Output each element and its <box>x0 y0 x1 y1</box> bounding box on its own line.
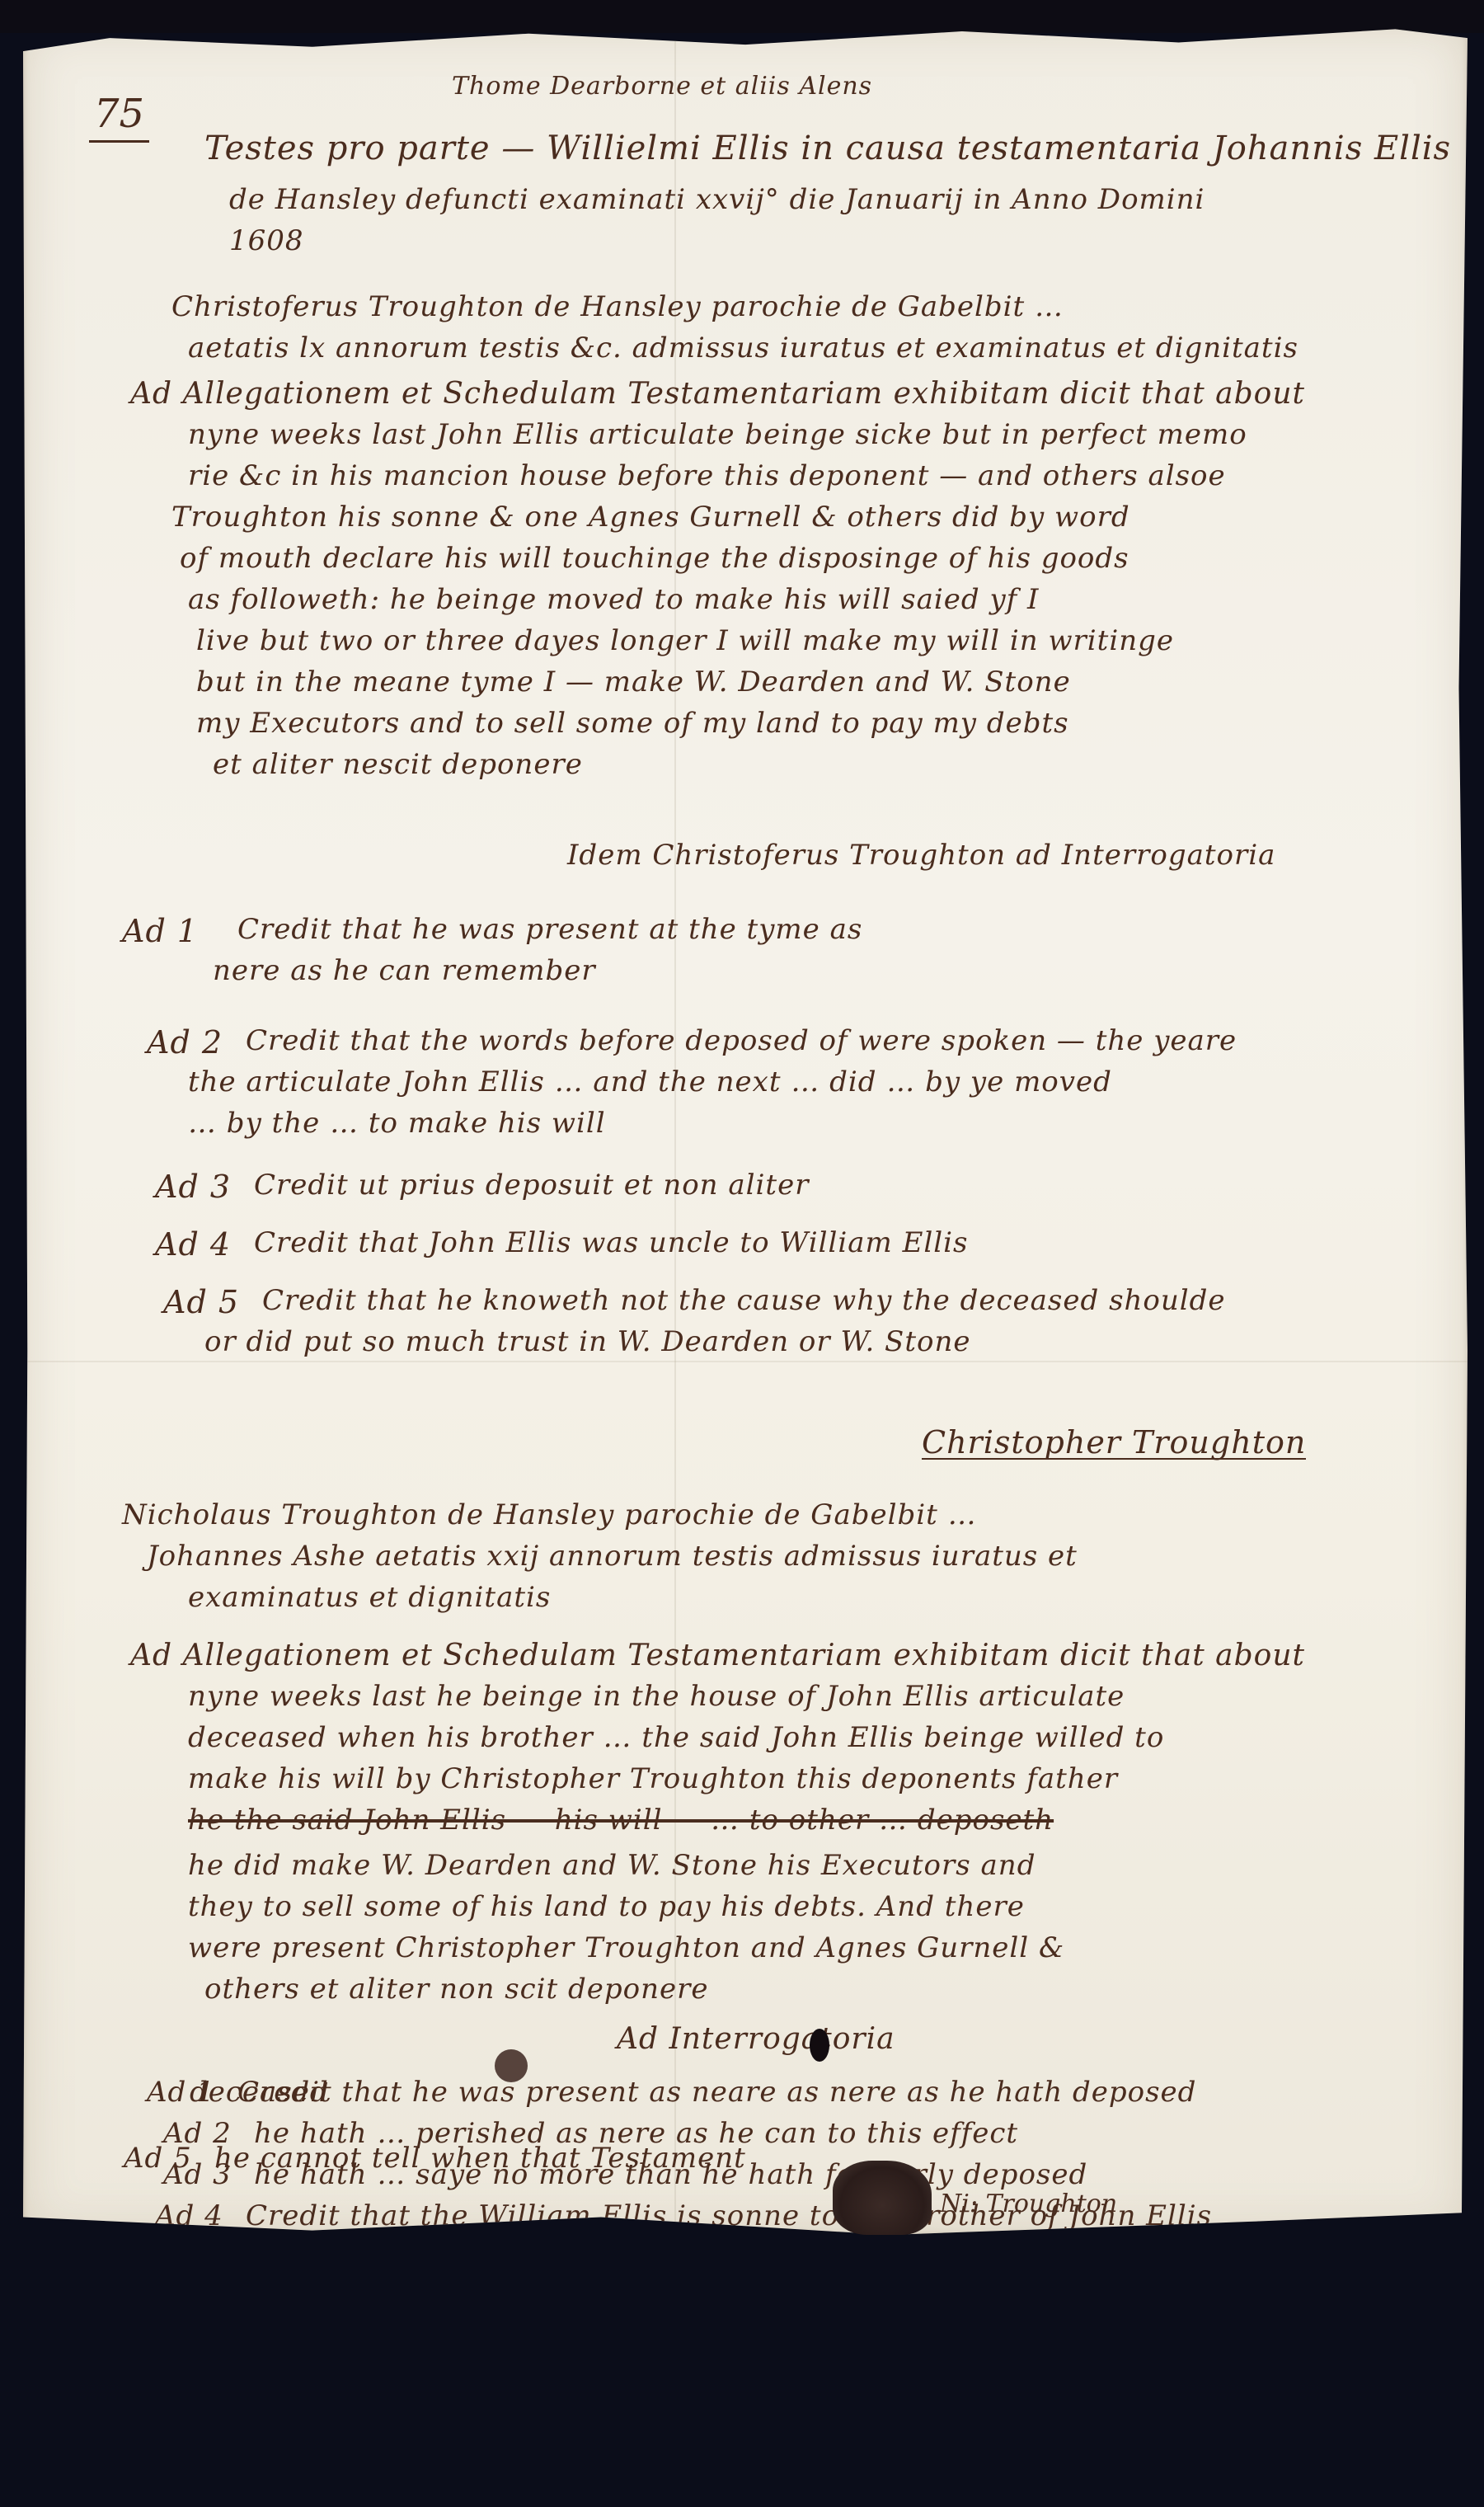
interrogatory-2-label: Ad 2 <box>147 1027 223 1058</box>
interrogatory-2-5-label: Ad 5 <box>124 2144 192 2172</box>
witness-1-allegation-line: Ad Allegationem et Schedulam Testamentar… <box>130 379 1305 409</box>
interrogatory-5-text: or did put so much trust in W. Dearden o… <box>204 1328 971 1356</box>
witness-2-allegation-line: were present Christopher Troughton and A… <box>188 1934 1064 1962</box>
witness-2-allegation-line: nyne weeks last he beinge in the house o… <box>188 1682 1125 1710</box>
interrogatory-3-label: Ad 3 <box>155 1171 231 1202</box>
interrogatory-4-text: Credit that John Ellis was uncle to Will… <box>254 1229 968 1257</box>
paper-hole <box>810 2029 829 2062</box>
witness-2-allegation-line: make his will by Christopher Troughton t… <box>188 1765 1118 1793</box>
header-year: 1608 <box>229 227 304 255</box>
witness-2-intro-line: Johannes Ashe aetatis xxij annorum testi… <box>147 1542 1078 1570</box>
witness-1-allegation-line: as followeth: he beinge moved to make hi… <box>188 586 1040 614</box>
interrogatory-1-label: Ad 1 <box>122 915 198 947</box>
witness-1-allegation-line: but in the meane tyme I — make W. Dearde… <box>196 668 1071 696</box>
signature-witness-2: Ni: Troughton <box>940 2190 1117 2218</box>
interrogatory-5-text: Credit that he knoweth not the cause why… <box>262 1286 1226 1315</box>
header-title-line: Thome Dearborne et aliis Alens <box>452 74 872 99</box>
witness-2-allegation-line: they to sell some of his land to pay his… <box>188 1893 1025 1921</box>
interrogatory-2-5-text: he cannot tell when that Testament <box>214 2144 746 2172</box>
interrogatories-2-heading: Ad Interrogatoria <box>617 2025 895 2054</box>
interrogatory-1-text: nere as he can remember <box>213 957 596 985</box>
interrogatory-5-label: Ad 5 <box>163 1286 239 1318</box>
witness-2-intro-line: Nicholaus Troughton de Hansley parochie … <box>122 1501 977 1529</box>
witness-1-allegation-line: nyne weeks last John Ellis articulate be… <box>188 421 1247 449</box>
witness-1-allegation-line: et aliter nescit deponere <box>213 750 583 778</box>
witness-2-intro-line: examinatus et dignitatis <box>188 1583 551 1611</box>
photo-background-top <box>0 0 1484 33</box>
wax-seal-remnant <box>833 2161 932 2235</box>
witness-1-intro-line: Christoferus Troughton de Hansley paroch… <box>171 293 1064 321</box>
interrogatory-2-text: the articulate John Ellis … and the next… <box>188 1068 1112 1096</box>
interrogatory-2-text: … by the … to make his will <box>188 1109 606 1137</box>
manuscript-page: 75 Thome Dearborne et aliis Alens Testes… <box>23 25 1468 2235</box>
interrogatory-3-text: Credit ut prius deposuit et non aliter <box>254 1171 809 1199</box>
interrogatories-1-heading: Idem Christoferus Troughton ad Interroga… <box>567 841 1275 869</box>
header-opening-line-1: Testes pro parte — Willielmi Ellis in ca… <box>204 132 1451 165</box>
witness-2-allegation-line-struck: he the said John Ellis — his will — … to… <box>188 1806 1054 1834</box>
interrogatory-2-4-text-cont: deceased <box>190 2078 329 2106</box>
fold-crease-horizontal <box>23 1361 1468 1362</box>
witness-2-allegation-line: Ad Allegationem et Schedulam Testamentar… <box>130 1641 1305 1671</box>
witness-1-allegation-line: my Executors and to sell some of my land… <box>196 709 1069 737</box>
ink-stain <box>495 2049 528 2082</box>
interrogatory-1-text: Credit that he was present at the tyme a… <box>237 915 862 943</box>
witness-1-allegation-line: rie &c in his mancion house before this … <box>188 462 1226 490</box>
interrogatory-2-1-text: Credit that he was present as neare as n… <box>237 2078 1196 2106</box>
witness-2-allegation-line: deceased when his brother … the said Joh… <box>188 1724 1164 1752</box>
witness-1-allegation-line: live but two or three dayes longer I wil… <box>196 627 1174 655</box>
interrogatory-4-label: Ad 4 <box>155 1229 231 1260</box>
witness-1-intro-line: aetatis lx annorum testis &c. admissus i… <box>188 334 1298 362</box>
witness-1-allegation-line: Troughton his sonne & one Agnes Gurnell … <box>171 503 1130 531</box>
witness-2-allegation-line: he did make W. Dearden and W. Stone his … <box>188 1851 1036 1879</box>
interrogatory-2-text: Credit that the words before deposed of … <box>246 1027 1237 1055</box>
signature-witness-1: Christopher Troughton <box>922 1427 1306 1460</box>
witness-1-allegation-line: of mouth declare his will touchinge the … <box>180 544 1129 572</box>
interrogatory-2-4-label: Ad 4 <box>155 2202 223 2230</box>
folio-number: 75 <box>89 91 149 143</box>
header-opening-line-2: de Hansley defuncti examinati xxvij° die… <box>229 186 1205 214</box>
witness-2-allegation-line: others et aliter non scit deponere <box>204 1975 709 2003</box>
